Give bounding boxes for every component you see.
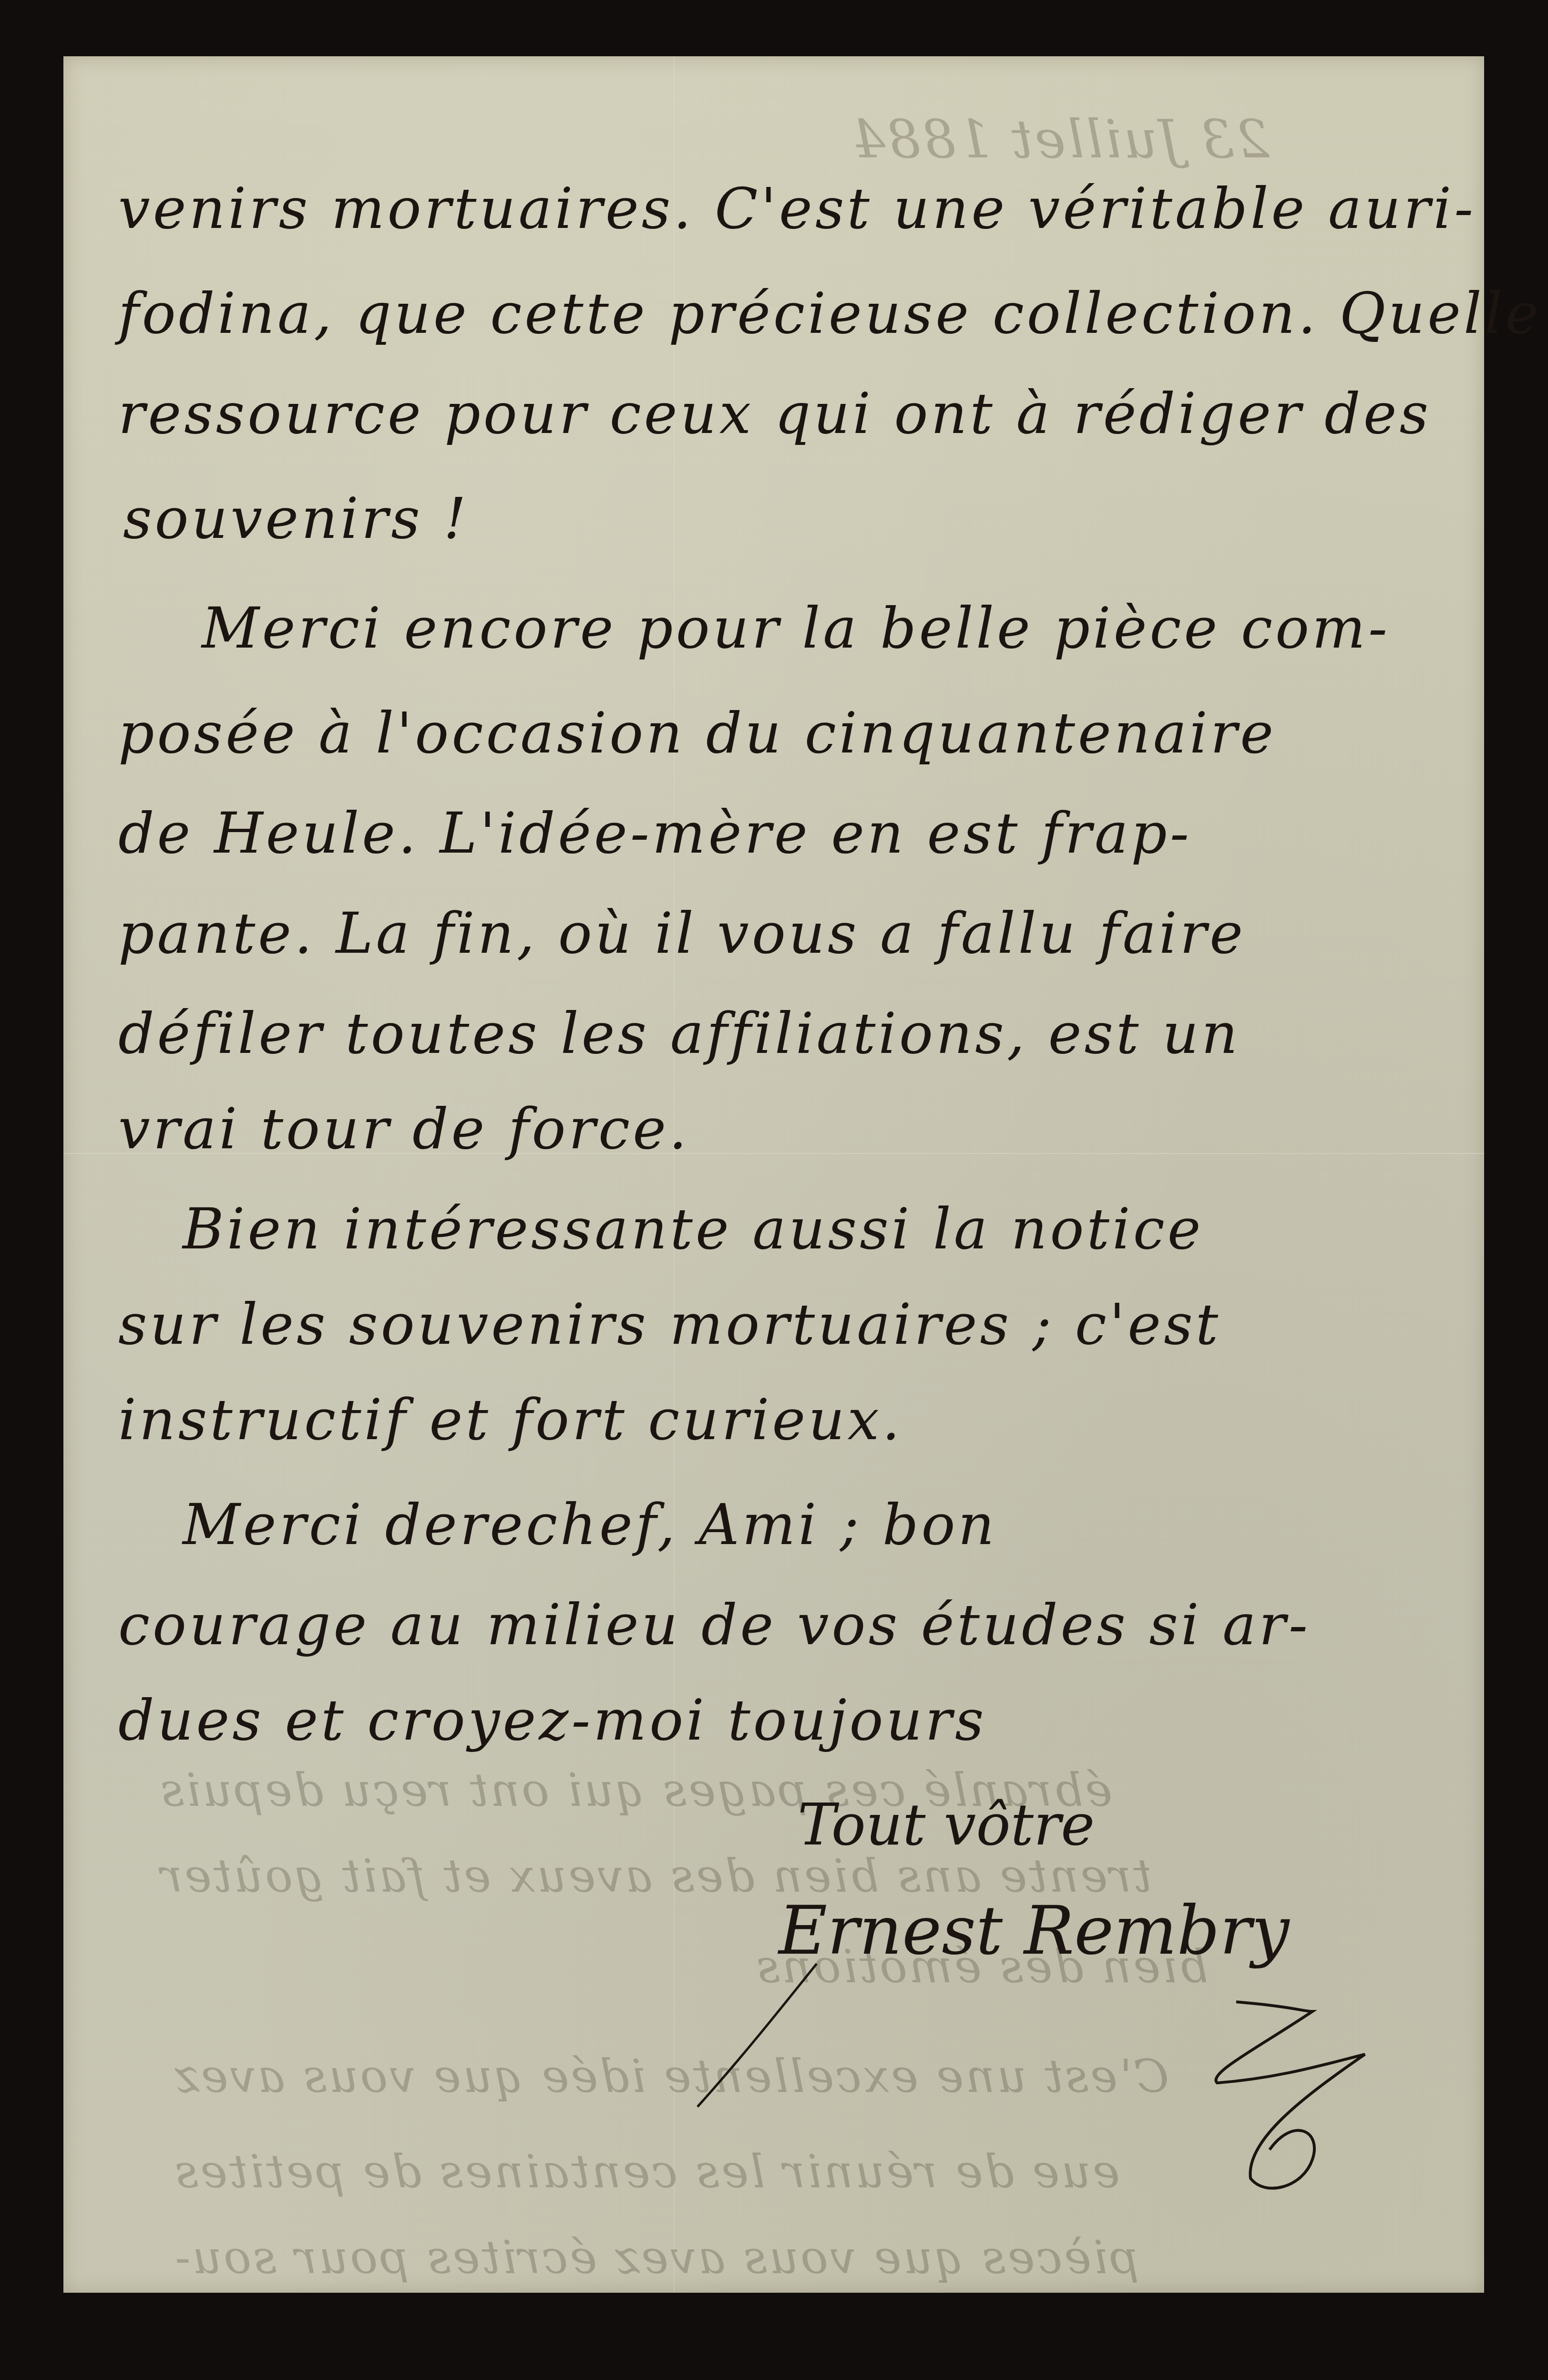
letter-line-6: posée à l'occasion du cinquantenaire xyxy=(118,700,1276,766)
letter-line-1: venirs mortuaires. C'est une véritable a… xyxy=(118,175,1476,241)
letter-line-14: Merci derechef, Ami ; bon xyxy=(183,1492,997,1557)
letter-line-9: défiler toutes les affiliations, est un xyxy=(118,1000,1240,1066)
letter-line-12: sur les souvenirs mortuaires ; c'est xyxy=(118,1291,1221,1357)
letter-line-3: ressource pour ceux qui ont à rédiger de… xyxy=(118,381,1431,446)
letter-line-text: venirs mortuaires. C'est une véritable a… xyxy=(118,175,1476,241)
letter-line-text: souvenirs ! xyxy=(123,485,469,551)
letter-line-text: Merci derechef, Ami ; bon xyxy=(183,1492,997,1557)
show-through-date: 23 Juillet 1884 xyxy=(850,109,1270,170)
letter-line-text: de Heule. L'idée-mère en est frap- xyxy=(118,800,1192,866)
letter-line-2: fodina, que cette précieuse collection. … xyxy=(118,280,1541,346)
letter-line-8: pante. La fin, où il vous a fallu faire xyxy=(118,900,1246,966)
letter-line-7: de Heule. L'idée-mère en est frap- xyxy=(118,800,1192,866)
letter-line-text: courage au milieu de vos études si ar- xyxy=(118,1592,1311,1658)
letter-line-text: Merci encore pour la belle pièce com- xyxy=(202,595,1390,661)
letter-closing: Tout vôtre xyxy=(798,1792,1095,1858)
letter-page: 23 Juillet 1884 ébranlé ces pages qui on… xyxy=(63,56,1484,2293)
letter-line-text: Bien intéressante aussi la notice xyxy=(183,1196,1204,1262)
letter-line-4: souvenirs ! xyxy=(123,485,469,551)
letter-line-text: posée à l'occasion du cinquantenaire xyxy=(118,700,1276,766)
letter-line-11: Bien intéressante aussi la notice xyxy=(183,1196,1204,1262)
letter-line-text: ressource pour ceux qui ont à rédiger de… xyxy=(118,381,1431,446)
letter-line-text: vrai tour de force. xyxy=(118,1096,689,1162)
letter-line-16: dues et croyez-moi toujours xyxy=(118,1687,987,1753)
letter-line-text: défiler toutes les affiliations, est un xyxy=(118,1000,1240,1066)
signature-flourish-icon xyxy=(683,1892,1446,2202)
letter-line-text: fodina, que cette précieuse collection. … xyxy=(118,280,1541,346)
letter-line-text: dues et croyez-moi toujours xyxy=(118,1687,987,1753)
letter-line-10: vrai tour de force. xyxy=(118,1096,689,1162)
letter-line-15: courage au milieu de vos études si ar- xyxy=(118,1592,1311,1658)
show-through-line: pièces que vous avez écrites pour sou- xyxy=(173,2231,1139,2284)
letter-line-5: Merci encore pour la belle pièce com- xyxy=(202,595,1390,661)
letter-line-13: instructif et fort curieux. xyxy=(118,1387,902,1453)
letter-line-text: instructif et fort curieux. xyxy=(118,1387,902,1453)
letter-line-text: pante. La fin, où il vous a fallu faire xyxy=(118,900,1246,966)
letter-line-text: sur les souvenirs mortuaires ; c'est xyxy=(118,1291,1221,1357)
